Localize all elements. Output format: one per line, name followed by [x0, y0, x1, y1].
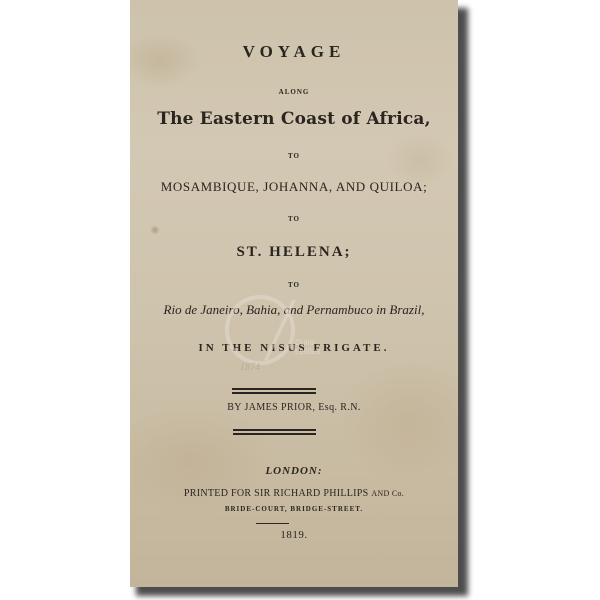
author-byline: BY JAMES PRIOR, Esq. R.N. [130, 402, 458, 413]
printer-tail: AND Co. [371, 489, 404, 498]
brazil-line: Rio de Janeiro, Bahia, and Pernambuco in… [130, 302, 458, 318]
ship-line: IN THE NISUS FRIGATE. [130, 342, 458, 354]
to-label-3: TO [130, 281, 458, 289]
imprint-printer: PRINTED FOR SIR RICHARD PHILLIPS AND Co. [130, 488, 458, 499]
short-rule [256, 523, 289, 524]
imprint-year: 1819. [130, 529, 458, 541]
double-rule-top [232, 388, 316, 390]
title-page: VOYAGE ALONG The Eastern Coast of Africa… [130, 0, 458, 587]
watermark-line-1: Dutra [295, 338, 320, 347]
double-rule-bottom-lower [233, 433, 316, 435]
imprint-address: BRIDE-COURT, BRIDGE-STREET. [130, 505, 458, 513]
double-rule-bottom [233, 429, 316, 431]
imprint-city: LONDON: [130, 465, 458, 477]
places-line: MOSAMBIQUE, JOHANNA, AND QUILOA; [130, 179, 458, 195]
st-helena-line: ST. HELENA; [130, 244, 458, 261]
subtitle-blackletter: The Eastern Coast of Africa, [130, 109, 458, 129]
double-rule-top-lower [232, 392, 316, 394]
pencil-annotation: 1874 [240, 362, 260, 373]
printer-main: PRINTED FOR SIR RICHARD PHILLIPS [184, 488, 371, 499]
watermark-text: Dutra Leilões [295, 338, 320, 356]
along-label: ALONG [130, 88, 458, 96]
to-label-2: TO [130, 215, 458, 223]
watermark-line-2: Leilões [295, 347, 320, 356]
book-title: VOYAGE [130, 42, 458, 62]
to-label-1: TO [130, 152, 458, 160]
